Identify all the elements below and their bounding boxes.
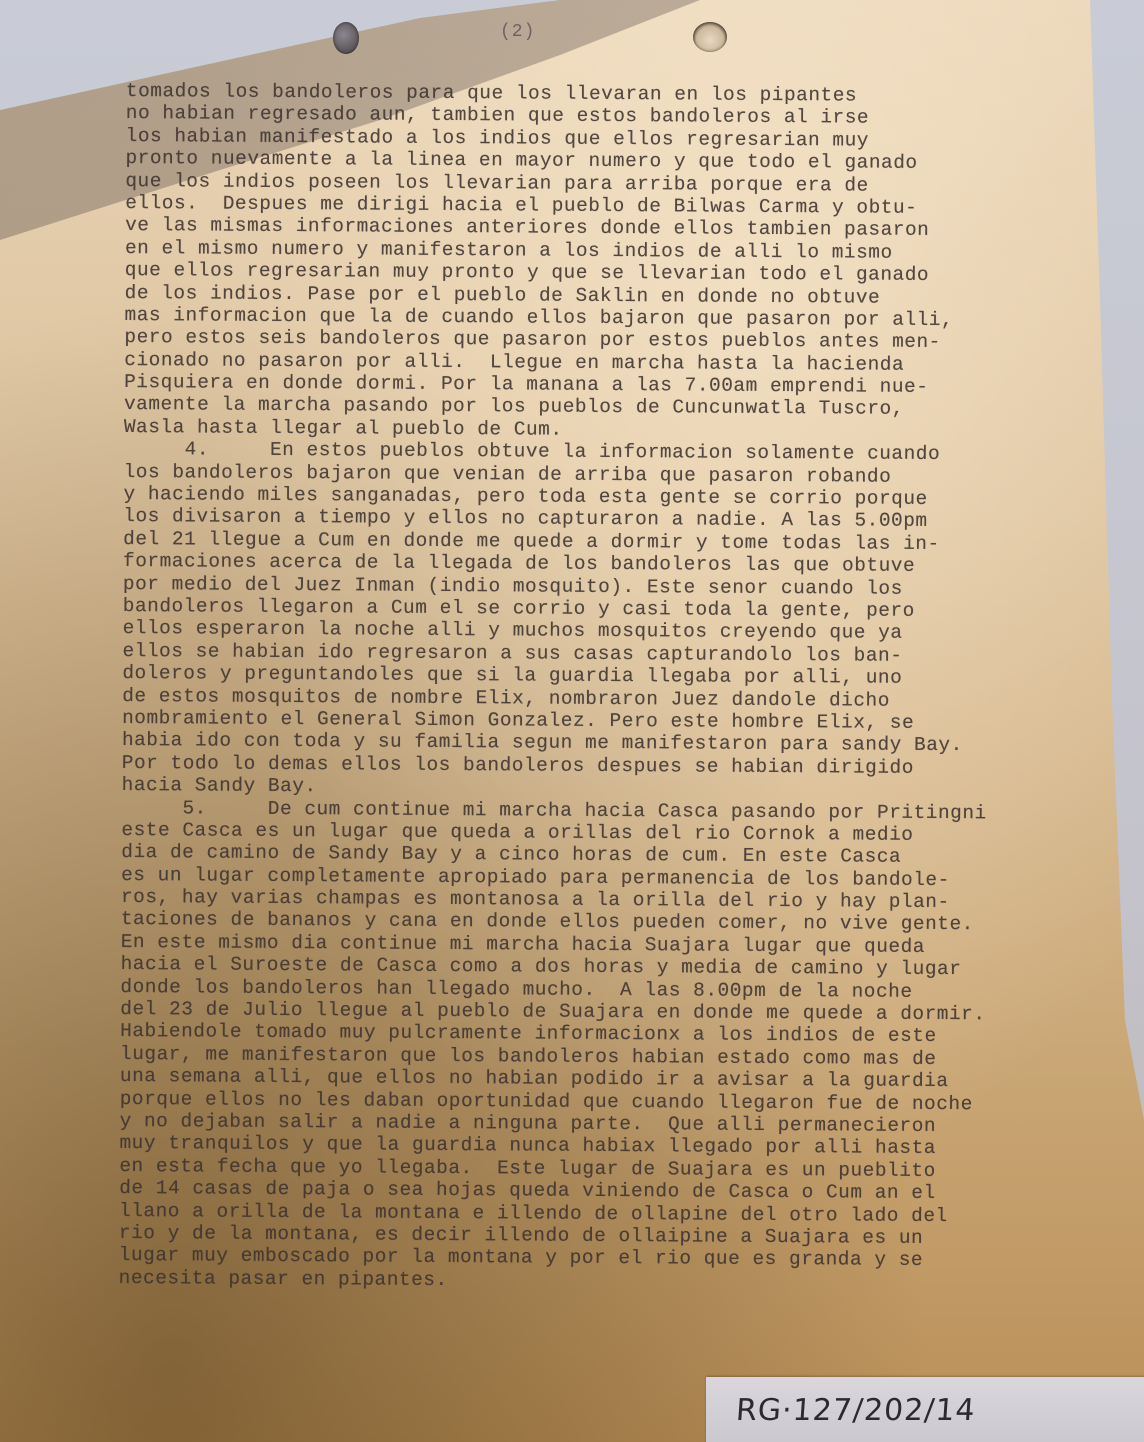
punch-hole-icon	[693, 22, 727, 52]
archive-reference: RG·127/202/14	[735, 1393, 977, 1428]
archive-label: RG·127/202/14	[706, 1377, 1144, 1442]
page-number: (2)	[500, 22, 535, 42]
punch-hole-icon	[333, 22, 359, 54]
typed-body-text: tomados los bandoleros para que los llev…	[119, 80, 1136, 1295]
